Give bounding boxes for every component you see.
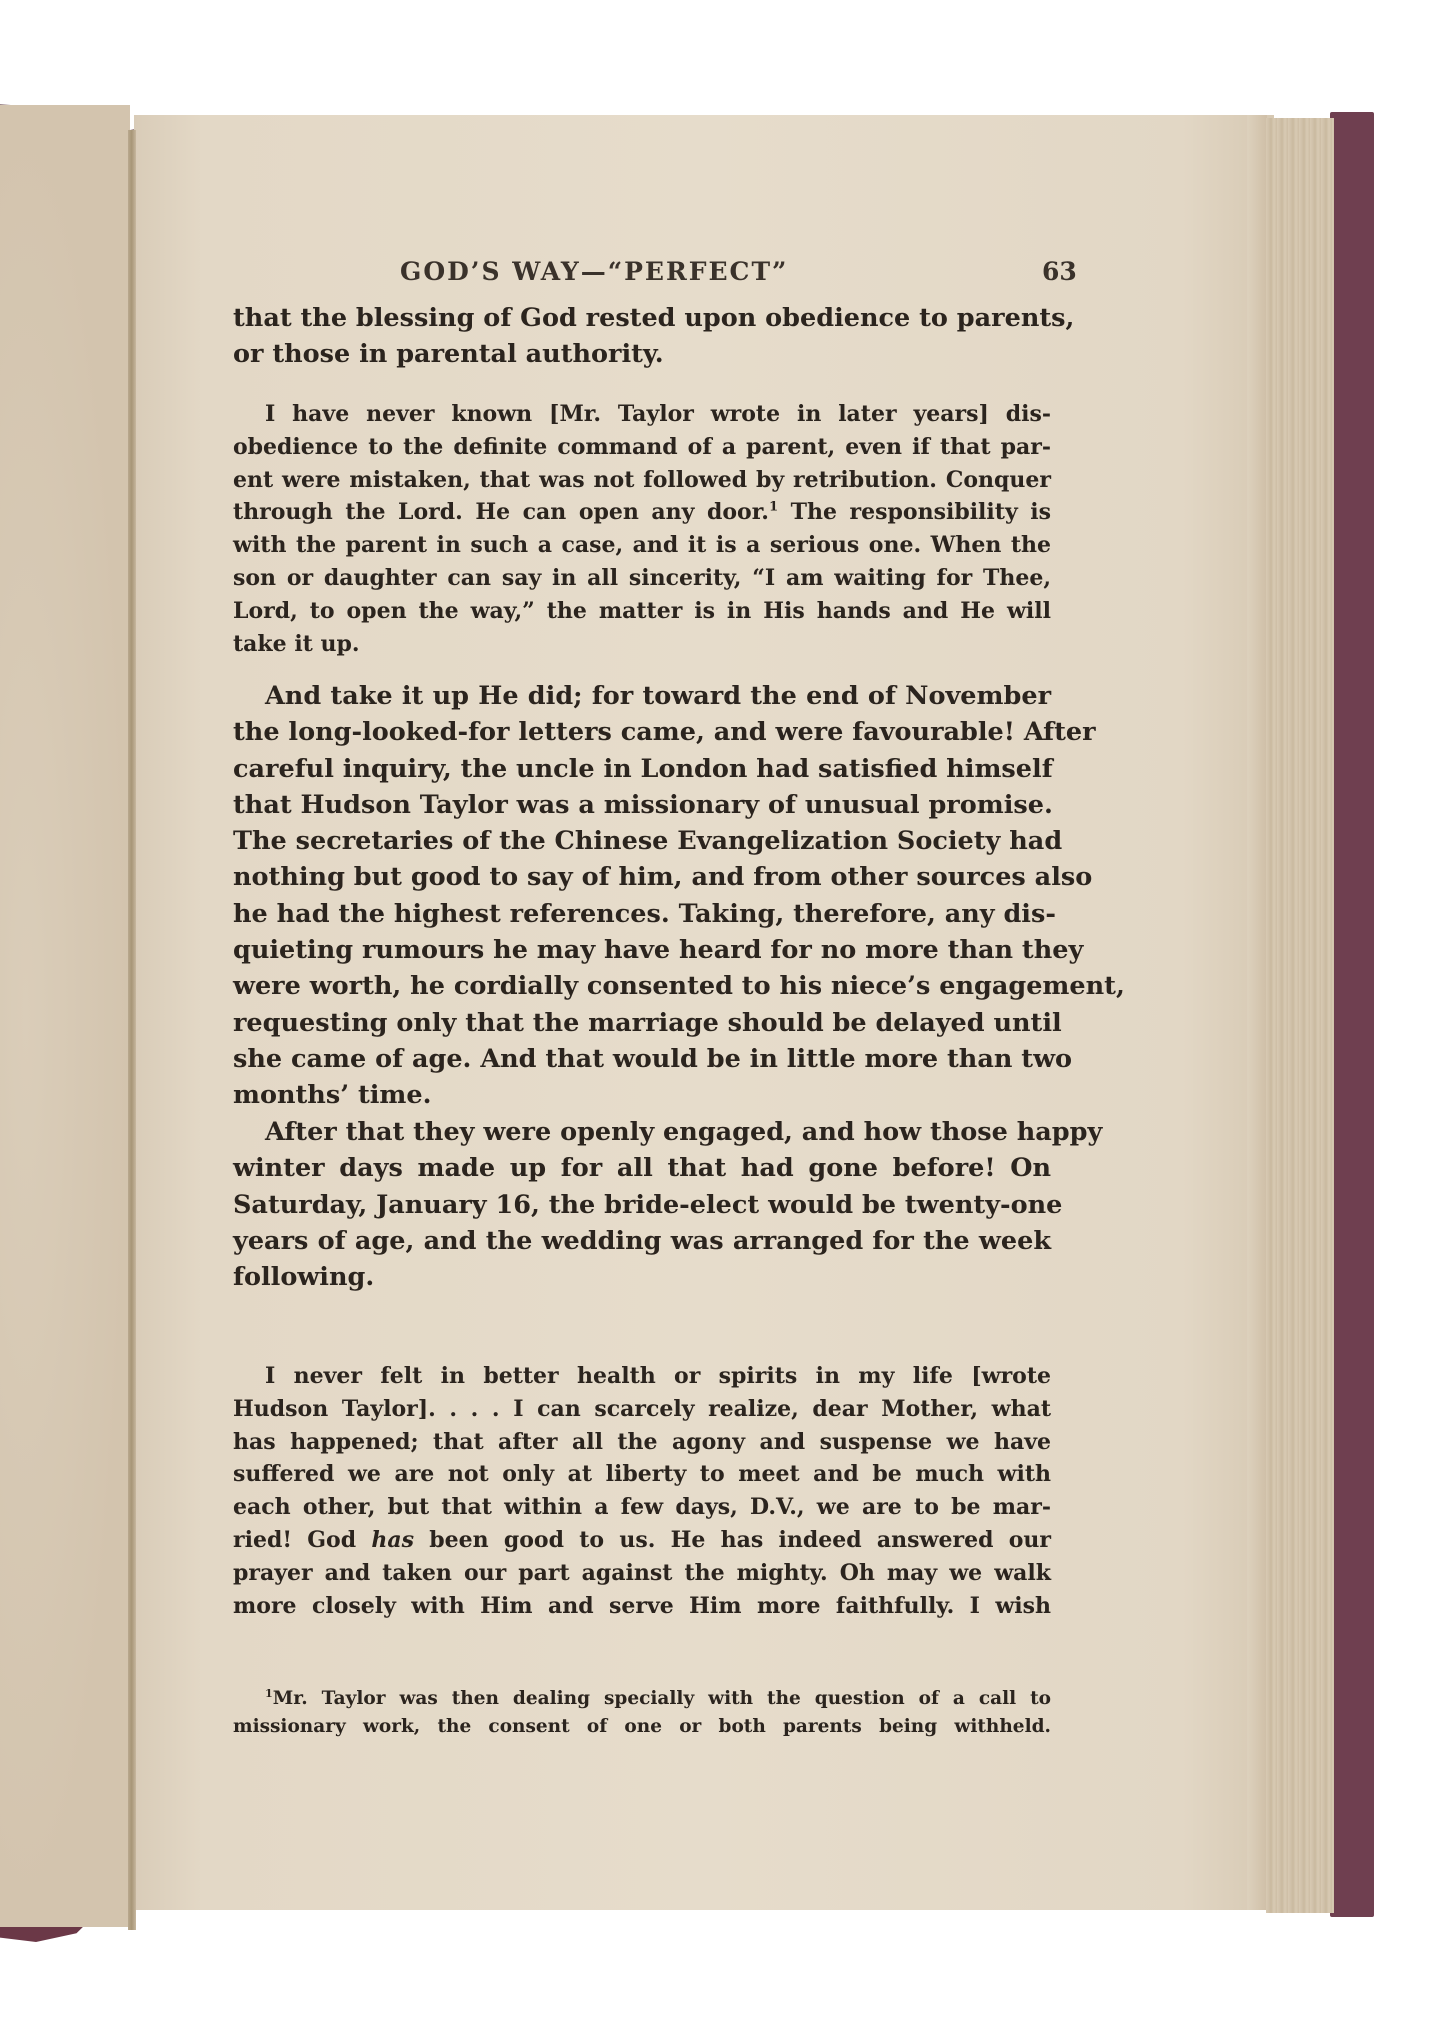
text-fragment: The responsibility is <box>778 499 1051 525</box>
text-line: The secretaries of the Chinese Evangeliz… <box>233 823 1051 859</box>
page-block-edges <box>1266 118 1334 1913</box>
text-fragment: ried! God <box>233 1527 371 1553</box>
text-line: quieting rumours he may have heard for n… <box>233 932 1051 968</box>
paragraph-1: that the blessing of God rested upon obe… <box>233 300 1051 373</box>
text-line: she came of age. And that would be in li… <box>233 1041 1051 1077</box>
text-line: more closely with Him and serve Him more… <box>233 1590 1051 1623</box>
block-quote-2: I never felt in better health or spirits… <box>233 1360 1051 1622</box>
left-page <box>0 105 130 1927</box>
text-line: following. <box>233 1259 1051 1295</box>
book-cover-right-edge <box>1330 112 1374 1917</box>
text-line: After that they were openly engaged, and… <box>233 1114 1051 1150</box>
paragraph-3: After that they were openly engaged, and… <box>233 1114 1051 1295</box>
paragraph-2: And take it up He did; for toward the en… <box>233 678 1051 1114</box>
page-number: 63 <box>1042 257 1077 286</box>
text-fragment: through the Lord. He can open any door. <box>233 499 769 525</box>
text-fragment: Mr. Taylor was then dealing specially wi… <box>273 1688 1051 1709</box>
text-line: Saturday, January 16, the bride-elect wo… <box>233 1187 1051 1223</box>
text-line: that the blessing of God rested upon obe… <box>233 300 1051 336</box>
text-line: or those in parental authority. <box>233 336 1051 372</box>
block-quote-1: I have never known [Mr. Taylor wrote in … <box>233 398 1051 660</box>
text-line: Hudson Taylor]. . . . I can scarcely rea… <box>233 1393 1051 1426</box>
text-line: Lord, to open the way,” the matter is in… <box>233 595 1051 628</box>
italic-emphasis: has <box>371 1527 414 1553</box>
footnote-marker: 1 <box>265 1687 273 1700</box>
text-line: ried! God has been good to us. He has in… <box>233 1524 1051 1557</box>
text-line: son or daughter can say in all sincerity… <box>233 562 1051 595</box>
text-line: were worth, he cordially consented to hi… <box>233 968 1051 1004</box>
text-line: 1Mr. Taylor was then dealing specially w… <box>233 1685 1051 1713</box>
text-line: missionary work, the consent of one or b… <box>233 1713 1051 1741</box>
text-line: the long-looked-for letters came, and we… <box>233 714 1051 750</box>
footnote-marker[interactable]: 1 <box>769 500 778 515</box>
text-fragment: been good to us. He has indeed answered … <box>414 1527 1051 1553</box>
text-line: through the Lord. He can open any door.1… <box>233 496 1051 529</box>
text-line: suffered we are not only at liberty to m… <box>233 1458 1051 1491</box>
text-line: prayer and taken our part against the mi… <box>233 1557 1051 1590</box>
text-line: each other, but that within a few days, … <box>233 1491 1051 1524</box>
text-line: ent were mistaken, that was not followed… <box>233 464 1051 497</box>
text-line: careful inquiry, the uncle in London had… <box>233 751 1051 787</box>
text-line: I never felt in better health or spirits… <box>233 1360 1051 1393</box>
text-line: And take it up He did; for toward the en… <box>233 678 1051 714</box>
text-line: I have never known [Mr. Taylor wrote in … <box>233 398 1051 431</box>
running-head: GOD’S WAY—“PERFECT” <box>400 257 788 286</box>
text-line: with the parent in such a case, and it i… <box>233 529 1051 562</box>
text-line: winter days made up for all that had gon… <box>233 1150 1051 1186</box>
text-line: that Hudson Taylor was a missionary of u… <box>233 787 1051 823</box>
text-line: obedience to the definite command of a p… <box>233 431 1051 464</box>
footnote: 1Mr. Taylor was then dealing specially w… <box>233 1685 1051 1741</box>
page-edge-shadow <box>1247 115 1267 1910</box>
spine-gutter <box>128 130 136 1930</box>
text-line: nothing but good to say of him, and from… <box>233 859 1051 895</box>
text-line: he had the highest references. Taking, t… <box>233 896 1051 932</box>
text-line: years of age, and the wedding was arrang… <box>233 1223 1051 1259</box>
text-line: take it up. <box>233 628 1051 661</box>
text-line: months’ time. <box>233 1077 1051 1113</box>
text-line: requesting only that the marriage should… <box>233 1005 1051 1041</box>
text-line: has happened; that after all the agony a… <box>233 1426 1051 1459</box>
